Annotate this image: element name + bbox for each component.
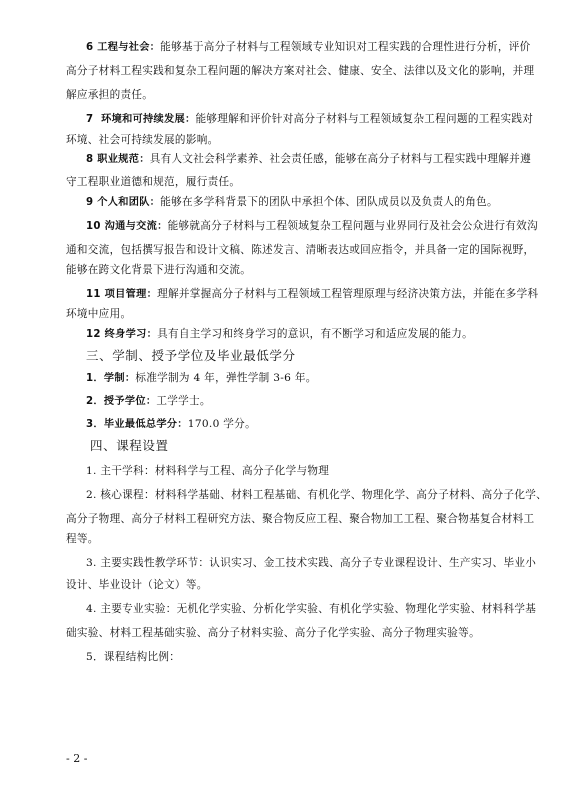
outcome-11-label: 11 项目管理： xyxy=(86,289,157,300)
item-label: 3．毕业最低总学分： xyxy=(86,419,188,430)
outcome-10-line-2: 通和交流，包括撰写报告和设计文稿、陈述发言、清晰表达或回应指令，并具备一定的国际… xyxy=(66,243,522,257)
outcome-8: 8 职业规范：具有人文社会科学素养、社会责任感，能够在高分子材料与工程实践中理解… xyxy=(86,152,522,167)
outcome-12: 12 终身学习：具有自主学习和终身学习的意识，有不断学习和适应发展的能力。 xyxy=(86,327,522,342)
outcome-9: 9 个人和团队：能够在多学科背景下的团队中承担个体、团队成员以及负责人的角色。 xyxy=(86,195,522,210)
outcome-10: 10 沟通与交流：能够就高分子材料与工程领域复杂工程问题与业界同行及社会公众进行… xyxy=(86,219,522,234)
section-4-heading: 四、课程设置 xyxy=(90,438,546,454)
outcome-6-line-3: 解应承担的责任。 xyxy=(66,88,522,102)
outcome-9-label: 9 个人和团队： xyxy=(86,197,160,208)
section-4-item-2: 2. 核心课程：材料科学基础、材料工程基础、有机化学、物理化学、高分子材料、高分… xyxy=(86,488,522,502)
outcome-11: 11 项目管理：理解并掌握高分子材料与工程领域工程管理原理与经济决策方法，并能在… xyxy=(86,287,522,302)
section-3-item-1: 1．学制：标准学制为 4 年，弹性学制 3-6 年。 xyxy=(86,371,542,386)
section-4-item-2-line-2: 高分子物理、高分子材料工程研究方法、聚合物反应工程、聚合物加工工程、聚合物基复合… xyxy=(66,512,522,526)
item-label: 2．授予学位： xyxy=(86,396,156,407)
outcome-7: 7 环境和可持续发展：能够理解和评价针对高分子材料与工程领域复杂工程问题的工程实… xyxy=(86,112,522,127)
item-label: 1．学制： xyxy=(86,373,135,384)
section-4-item-4-line-2: 础实验、材料工程基础实验、高分子材料实验、高分子化学实验、高分子物理实验等。 xyxy=(66,626,522,640)
section-4-item-3: 3. 主要实践性教学环节：认识实习、金工技术实践、高分子专业课程设计、生产实习、… xyxy=(86,556,522,570)
section-3-heading: 三、学制、授予学位及毕业最低学分 xyxy=(86,348,542,364)
outcome-10-line-3: 能够在跨文化背景下进行沟通和交流。 xyxy=(66,263,522,277)
section-4-item-4: 4. 主要专业实验：无机化学实验、分析化学实验、有机化学实验、物理化学实验、材料… xyxy=(86,602,522,616)
outcome-12-label: 12 终身学习： xyxy=(86,329,157,340)
section-4-item-1: 1. 主干学科：材料科学与工程、高分子化学与物理 xyxy=(86,464,522,478)
page-number: - 2 - xyxy=(66,752,87,765)
outcome-8-line-2: 守工程职业道德和规范，履行责任。 xyxy=(66,175,522,189)
outcome-8-label: 8 职业规范： xyxy=(86,154,150,165)
outcome-11-line-2: 环境中应用。 xyxy=(66,307,522,321)
outcome-7-line-2: 环境、社会可持续发展的影响。 xyxy=(66,133,522,147)
section-4-item-5: 5．课程结构比例： xyxy=(86,650,522,664)
section-3-item-2: 2．授予学位：工学学士。 xyxy=(86,394,542,409)
outcome-6-label: 6 工程与社会： xyxy=(86,42,160,53)
section-4-item-3-line-2: 设计、毕业设计（论文）等。 xyxy=(66,578,522,592)
outcome-10-label: 10 沟通与交流： xyxy=(86,221,168,232)
outcome-6-line-2: 高分子材料工程实践和复杂工程问题的解决方案对社会、健康、安全、法律以及文化的影响… xyxy=(66,64,522,78)
outcome-6: 6 工程与社会：能够基于高分子材料与工程领域专业知识对工程实践的合理性进行分析，… xyxy=(86,40,522,55)
section-3-item-3: 3．毕业最低总学分：170.0 学分。 xyxy=(86,417,542,432)
section-4-item-2-line-3: 程等。 xyxy=(66,532,522,546)
outcome-7-label: 7 环境和可持续发展： xyxy=(86,114,195,125)
document-page: 6 工程与社会：能够基于高分子材料与工程领域专业知识对工程实践的合理性进行分析，… xyxy=(0,0,588,809)
